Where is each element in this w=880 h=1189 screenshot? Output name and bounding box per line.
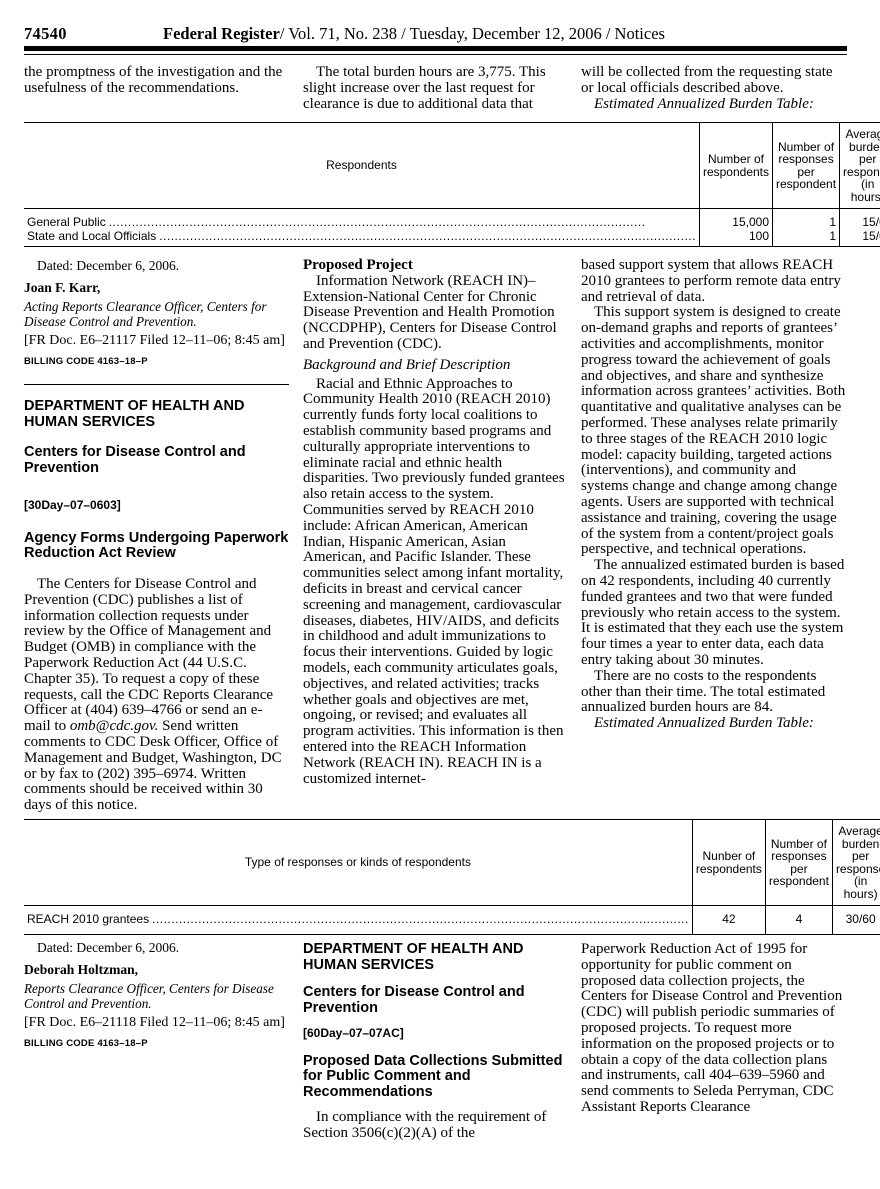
publication-name: Federal Register <box>163 24 280 43</box>
mid-col-2: Proposed Project Information Network (RE… <box>303 258 568 787</box>
body-paragraph: There are no costs to the respondents ot… <box>581 669 847 716</box>
responses-per: 1 <box>773 229 840 247</box>
docket-number: [60Day–07–07AC] <box>303 1026 568 1042</box>
header-num-respondents: Nunber of respondents <box>692 820 765 906</box>
body-paragraph: The annualized estimated burden is based… <box>581 558 847 669</box>
header-rule-thin <box>24 54 847 55</box>
num-respondents: 42 <box>692 906 765 935</box>
signer-name: Deborah Holtzman, <box>24 962 289 978</box>
notice-intro: The Centers for Disease Control and Prev… <box>24 577 289 814</box>
avg-burden: 30/60 <box>832 906 880 935</box>
header-num-respondents: Number of respondents <box>699 123 772 209</box>
header-type-of-responses: Type of responses or kinds of respondent… <box>24 820 692 906</box>
notice-title: Proposed Data Collections Submitted for … <box>303 1054 568 1101</box>
fr-doc-line: [FR Doc. E6–21117 Filed 12–11–06; 8:45 a… <box>24 333 289 349</box>
mid-col-1: Dated: December 6, 2006. Joan F. Karr, A… <box>24 258 289 814</box>
agency-heading: Centers for Disease Control and Preventi… <box>24 445 289 476</box>
page-number: 74540 <box>24 24 67 44</box>
burden-table-2: Type of responses or kinds of respondent… <box>24 819 880 935</box>
docket-number: [30Day–07–0603] <box>24 498 289 514</box>
respondent-label: State and Local Officials <box>27 229 159 243</box>
table-row: REACH 2010 grantees.....................… <box>24 906 880 935</box>
respondent-label: REACH 2010 grantees <box>27 912 152 926</box>
section-divider <box>24 384 289 385</box>
body-paragraph: This support system is designed to creat… <box>581 305 847 558</box>
billing-code: BILLING CODE 4163–18–P <box>24 1036 289 1052</box>
table-row: General Public..........................… <box>24 209 880 230</box>
dated-line: Dated: December 6, 2006. <box>24 940 289 956</box>
avg-burden: 15/60 <box>840 229 880 247</box>
body-paragraph: based support system that allows REACH 2… <box>581 258 847 305</box>
continuation-text: the promptness of the investigation and … <box>24 65 289 97</box>
bottom-col-3: Paperwork Reduction Act of 1995 for oppo… <box>581 942 847 1116</box>
dated-line: Dated: December 6, 2006. <box>24 258 289 274</box>
signer-title: Acting Reports Clearance Officer, Center… <box>24 299 289 329</box>
continuation-text: will be collected from the requesting st… <box>581 65 847 97</box>
publication-title: Federal Register/ Vol. 71, No. 238 / Tue… <box>163 24 665 44</box>
header-rule-thick <box>24 46 847 51</box>
issue-info: / Vol. 71, No. 238 / Tuesday, December 1… <box>280 24 665 43</box>
header-avg-burden: Average burden per response (in hours) <box>840 123 880 209</box>
burden-table-1: Respondents Number of respondents Number… <box>24 122 880 247</box>
background-heading: Background and Brief Description <box>303 358 568 374</box>
table-row: State and Local Officials...............… <box>24 229 880 247</box>
top-col-3: will be collected from the requesting st… <box>581 65 847 112</box>
num-respondents: 100 <box>699 229 772 247</box>
header-respondents: Respondents <box>24 123 699 209</box>
burden-hours-text: The total burden hours are 3,775. This s… <box>303 65 568 112</box>
header-responses-per: Number of responses per respondent <box>773 123 840 209</box>
mid-col-3: based support system that allows REACH 2… <box>581 258 847 732</box>
top-col-1: the promptness of the investigation and … <box>24 65 289 97</box>
responses-per: 1 <box>773 209 840 230</box>
background-text: Racial and Ethnic Approaches to Communit… <box>303 377 568 788</box>
table-caption: Estimated Annualized Burden Table: <box>581 97 847 113</box>
notice-title: Agency Forms Undergoing Paperwork Reduct… <box>24 531 289 562</box>
intro-text: The Centers for Disease Control and Prev… <box>24 576 273 734</box>
signer-name: Joan F. Karr, <box>24 280 289 296</box>
billing-code: BILLING CODE 4163–18–P <box>24 354 289 370</box>
bottom-col-1: Dated: December 6, 2006. Deborah Holtzma… <box>24 940 289 1052</box>
header-avg-burden: Average burden per response (in hours) <box>832 820 880 906</box>
notice-intro: In compliance with the requirement of Se… <box>303 1110 568 1142</box>
avg-burden: 15/60 <box>840 209 880 230</box>
table-caption: Estimated Annualized Burden Table: <box>581 716 847 732</box>
body-paragraph: Paperwork Reduction Act of 1995 for oppo… <box>581 942 847 1116</box>
proposed-project-heading: Proposed Project <box>303 258 568 274</box>
signer-title: Reports Clearance Officer, Centers for D… <box>24 981 289 1011</box>
department-heading: DEPARTMENT OF HEALTH AND HUMAN SERVICES <box>303 942 568 973</box>
department-heading: DEPARTMENT OF HEALTH AND HUMAN SERVICES <box>24 399 289 430</box>
email-link[interactable]: omb@cdc.gov. <box>70 718 159 734</box>
num-respondents: 15,000 <box>699 209 772 230</box>
top-col-2: The total burden hours are 3,775. This s… <box>303 65 568 112</box>
page-header: 74540 Federal Register/ Vol. 71, No. 238… <box>24 24 847 46</box>
fr-doc-line: [FR Doc. E6–21118 Filed 12–11–06; 8:45 a… <box>24 1015 289 1031</box>
header-responses-per: Number of responses per respondent <box>765 820 832 906</box>
bottom-col-2: DEPARTMENT OF HEALTH AND HUMAN SERVICES … <box>303 942 568 1142</box>
proposed-project-text: Information Network (REACH IN)–Extension… <box>303 274 568 353</box>
agency-heading: Centers for Disease Control and Preventi… <box>303 985 568 1016</box>
responses-per: 4 <box>765 906 832 935</box>
respondent-label: General Public <box>27 215 109 229</box>
